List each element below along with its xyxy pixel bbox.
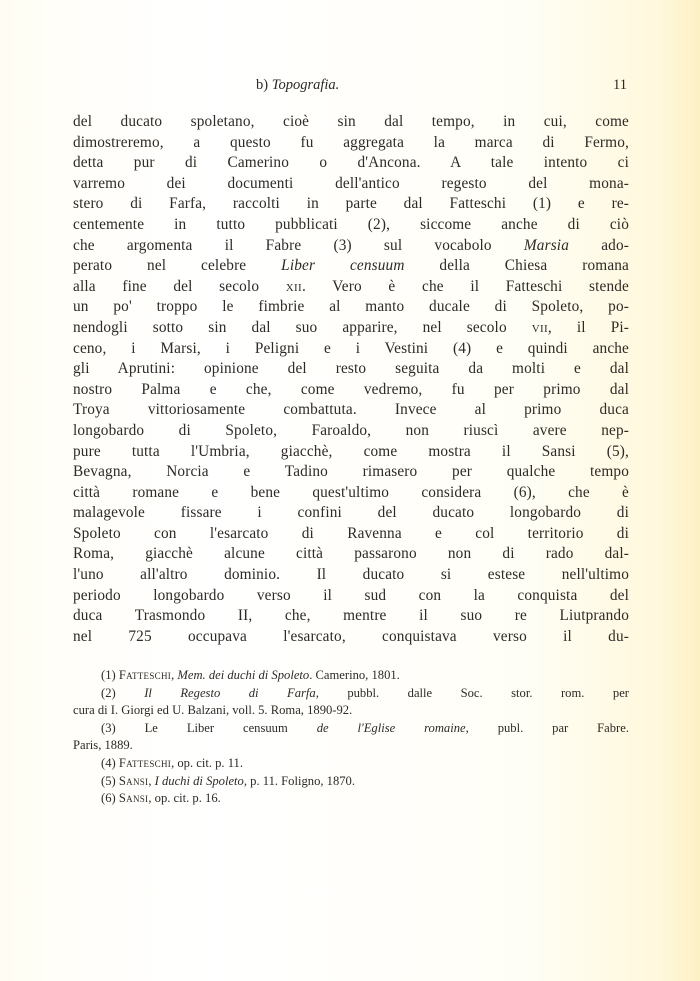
footnote-6: (6) Sansi, op. cit. p. 16.	[73, 790, 629, 808]
footnote-text: , p. 11. Foligno, 1870.	[244, 774, 355, 788]
body-line: centemente in tutto pubblicati (2), sicc…	[73, 215, 629, 236]
footnote-author: Sansi	[119, 774, 149, 788]
body-line: un po' troppo le fimbrie al manto ducale…	[73, 297, 629, 318]
body-line: detta pur di Camerino o d'Ancona. A tale…	[73, 153, 629, 174]
footnotes: (1) Fatteschi, Mem. dei duchi di Spoleto…	[73, 667, 629, 808]
footnote-number: (1)	[101, 668, 116, 682]
roman-numeral: xii	[286, 278, 302, 295]
section-label: b)	[256, 77, 268, 93]
footnote-3: (3) Le Liber censuum de l'Eglise romaine…	[73, 720, 629, 738]
footnote-title: Il Regesto di Farfa	[144, 686, 316, 700]
text-segment: perato nel celebre	[73, 257, 281, 274]
text-segment: alla fine del secolo	[73, 278, 286, 295]
body-text: del ducato spoletano, cioè sin dal tempo…	[73, 112, 629, 647]
body-line: stero di Farfa, raccolti in parte dal Fa…	[73, 194, 629, 215]
footnote-2-continuation: cura di I. Giorgi ed U. Balzani, voll. 5…	[73, 702, 629, 720]
roman-numeral: vii	[532, 319, 548, 336]
footnote-number: (4)	[101, 756, 116, 770]
italic-term: Liber censuum	[281, 257, 404, 274]
body-line: periodo longobardo verso il sud con la c…	[73, 586, 629, 607]
body-line: nostro Palma e che, come vedremo, fu per…	[73, 380, 629, 401]
body-line: alla fine del secolo xii. Vero è che il …	[73, 277, 629, 298]
body-line: città romane e bene quest'ultimo conside…	[73, 483, 629, 504]
footnote-author: Sansi	[119, 791, 149, 805]
body-line: dimostreremo, a questo fu aggregata la m…	[73, 133, 629, 154]
footnote-1: (1) Fatteschi, Mem. dei duchi di Spoleto…	[73, 667, 629, 685]
body-line: Troya vittoriosamente combattuta. Invece…	[73, 400, 629, 421]
body-line: Bevagna, Norcia e Tadino rimasero per qu…	[73, 462, 629, 483]
body-line: nel 725 occupava l'esarcato, conquistava…	[73, 627, 629, 648]
footnote-number: (5)	[101, 774, 116, 788]
text-segment: , il Pi-	[548, 319, 629, 336]
body-line: del ducato spoletano, cioè sin dal tempo…	[73, 112, 629, 133]
footnote-5: (5) Sansi, I duchi di Spoleto, p. 11. Fo…	[73, 773, 629, 791]
footnote-text: , op. cit. p. 11.	[171, 756, 243, 770]
section-title-text: Topografia.	[272, 77, 340, 93]
body-line: Roma, giacchè alcune città passarono non…	[73, 544, 629, 565]
body-line: duca Trasmondo II, che, mentre il suo re…	[73, 606, 629, 627]
text-segment: . Vero è che il Fatteschi stende	[302, 278, 629, 295]
footnote-text: . Camerino, 1801.	[309, 668, 400, 682]
body-line: perato nel celebre Liber censuum della C…	[73, 256, 629, 277]
body-line: malagevole fissare i confini del ducato …	[73, 503, 629, 524]
footnote-number: (6)	[101, 791, 116, 805]
footnote-text: , publ. par Fabre.	[466, 721, 629, 735]
footnote-title: Mem. dei duchi di Spoleto	[177, 668, 309, 682]
body-line: che argomenta il Fabre (3) sul vocabolo …	[73, 236, 629, 257]
text-segment: nendogli sotto sin dal suo apparire, nel…	[73, 319, 532, 336]
footnote-2: (2) Il Regesto di Farfa, pubbl. dalle So…	[73, 685, 629, 703]
body-line: varremo dei documenti dell'antico regest…	[73, 174, 629, 195]
footnote-number: (2)	[101, 686, 116, 700]
footnote-author: Fatteschi	[119, 668, 171, 682]
footnote-title: I duchi di Spoleto	[155, 774, 244, 788]
footnote-author: Fatteschi	[119, 756, 171, 770]
text-segment: ado-	[569, 237, 629, 254]
body-line: l'uno all'altro dominio. Il ducato si es…	[73, 565, 629, 586]
italic-term: Marsia	[524, 237, 569, 254]
footnote-3-continuation: Paris, 1889.	[73, 737, 629, 755]
footnote-text: Le Liber censuum	[145, 721, 317, 735]
body-line: ceno, i Marsi, i Peligni e i Vestini (4)…	[73, 339, 629, 360]
footnote-title: de l'Eglise romaine	[317, 721, 466, 735]
text-segment: che argomenta il Fabre (3) sul vocabolo	[73, 237, 524, 254]
running-head: b) Topografia. 11	[73, 77, 629, 97]
body-line: Spoleto con l'esarcato di Ravenna e col …	[73, 524, 629, 545]
section-title: b) Topografia.	[256, 77, 339, 94]
page-number: 11	[613, 77, 627, 94]
body-line: gli Aprutini: opinione del resto seguita…	[73, 359, 629, 380]
body-line: pure tutta l'Umbria, giacchè, come mostr…	[73, 442, 629, 463]
footnote-number: (3)	[101, 721, 116, 735]
footnote-text: , op. cit. p. 16.	[148, 791, 220, 805]
body-line: longobardo di Spoleto, Faroaldo, non riu…	[73, 421, 629, 442]
text-segment: della Chiesa romana	[405, 257, 629, 274]
footnote-4: (4) Fatteschi, op. cit. p. 11.	[73, 755, 629, 773]
body-line: nendogli sotto sin dal suo apparire, nel…	[73, 318, 629, 339]
footnote-text: , pubbl. dalle Soc. stor. rom. per	[316, 686, 629, 700]
